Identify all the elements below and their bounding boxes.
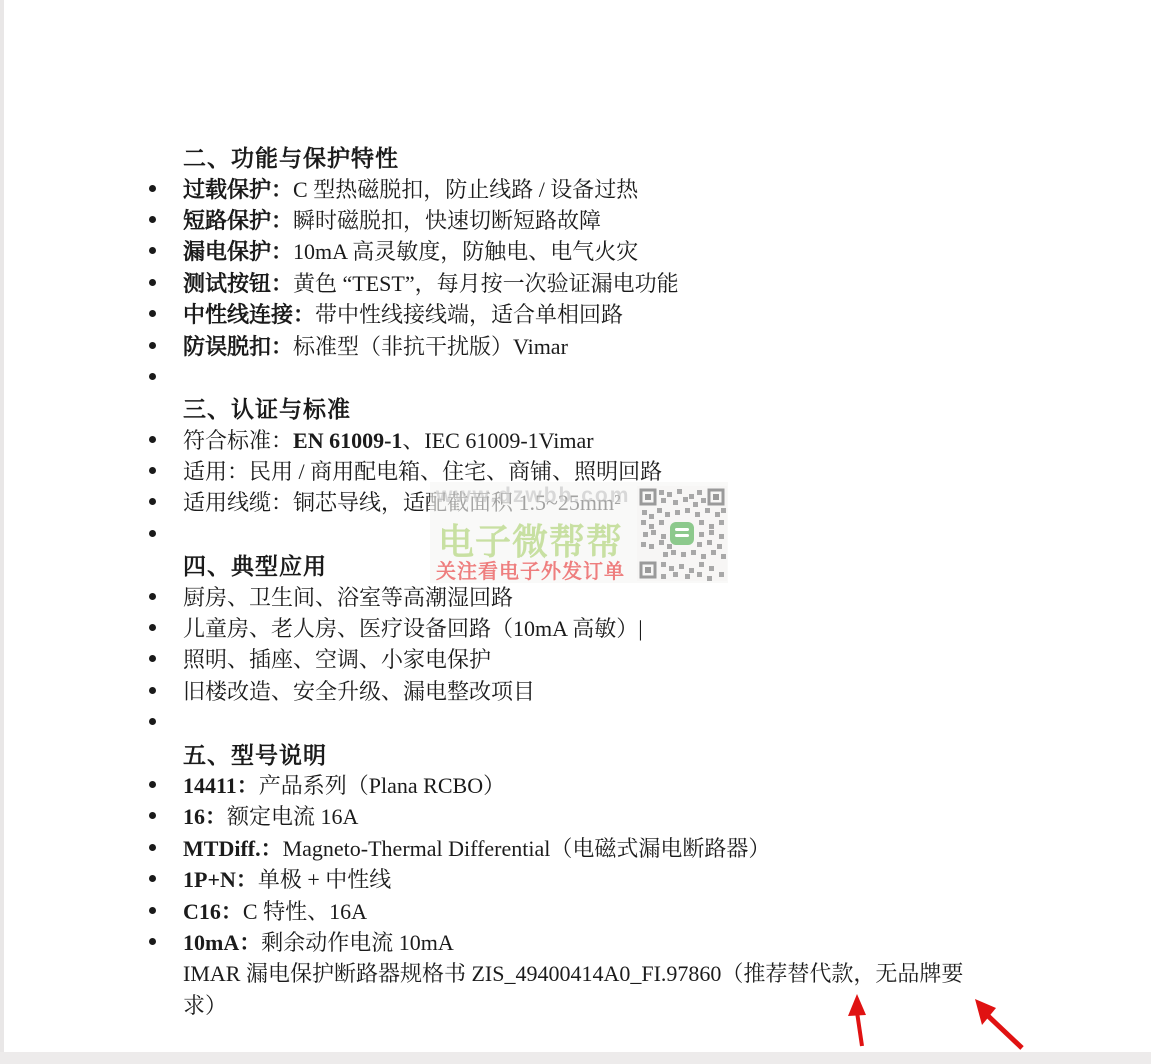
- item-text: 短路保护：瞬时磁脱扣，快速切断短路故障: [183, 204, 601, 235]
- bullet-item: 旧楼改造、安全升级、漏电整改项目: [148, 675, 1108, 706]
- bullet-item: 1P+N：单极 + 中性线: [148, 863, 1108, 894]
- item-text: MTDiff.：Magneto-Thermal Differential（电磁式…: [183, 832, 770, 863]
- item-text: 14411：产品系列（Plana RCBO）: [183, 769, 505, 800]
- item-text: C16：C 特性、16A: [183, 895, 367, 926]
- bullet-item: 过载保护：C 型热磁脱扣，防止线路 / 设备过热: [148, 172, 1108, 203]
- bullet-dot: [149, 342, 156, 349]
- bullet-item: [148, 706, 1108, 737]
- bullet-dot: [149, 185, 156, 192]
- bullet-dot: [149, 498, 156, 505]
- annotation-arrows: [820, 985, 1060, 1060]
- bullet-dot: [149, 624, 156, 631]
- bullet-dot: [149, 530, 156, 537]
- item-text: 防误脱扣：标准型（非抗干扰版）Vimar: [183, 330, 568, 361]
- bullet-item: 10mA：剩余动作电流 10mA: [148, 926, 1108, 957]
- item-text: 符合标准：EN 61009-1、IEC 61009-1Vimar: [183, 424, 594, 455]
- bullet-dot: [149, 216, 156, 223]
- bullet-item: 符合标准：EN 61009-1、IEC 61009-1Vimar: [148, 424, 1108, 455]
- bullet-item: 中性线连接：带中性线接线端，适合单相回路: [148, 298, 1108, 329]
- watermark-tagline-text: 关注看电子外发订单: [436, 555, 625, 584]
- bullet-dot: [149, 310, 156, 317]
- watermark-url-text: www.dzwbb.com: [436, 484, 630, 508]
- bullet-dot: [149, 781, 156, 788]
- bullet-dot: [149, 373, 156, 380]
- bullet-item: 短路保护：瞬时磁脱扣，快速切断短路故障: [148, 204, 1108, 235]
- bullet-dot: [149, 687, 156, 694]
- bullet-dot: [149, 467, 156, 474]
- item-text: 16：额定电流 16A: [183, 800, 358, 831]
- item-text: 10mA：剩余动作电流 10mA: [183, 926, 454, 957]
- item-text: 旧楼改造、安全升级、漏电整改项目: [183, 675, 535, 706]
- bullet-item: [148, 361, 1108, 392]
- bullet-dot: [149, 593, 156, 600]
- bullet-dot: [149, 718, 156, 725]
- bullet-dot: [149, 247, 156, 254]
- bullet-item: MTDiff.：Magneto-Thermal Differential（电磁式…: [148, 832, 1108, 863]
- item-text: 1P+N：单极 + 中性线: [183, 863, 391, 894]
- bullet-item: 测试按钮：黄色 “TEST”，每月按一次验证漏电功能: [148, 267, 1108, 298]
- bullet-dot: [149, 938, 156, 945]
- bullet-item: 儿童房、老人房、医疗设备回路（10mA 高敏）|: [148, 612, 1108, 643]
- bullet-dot: [149, 844, 156, 851]
- bullet-dot: [149, 812, 156, 819]
- bullet-item: 漏电保护：10mA 高灵敏度，防触电、电气火灾: [148, 235, 1108, 266]
- bullet-dot: [149, 907, 156, 914]
- bullet-item: 14411：产品系列（Plana RCBO）: [148, 769, 1108, 800]
- watermark-overlay: www.dzwbb.com 电子微帮帮 关注看电子外发订单: [430, 482, 728, 583]
- item-text: 厨房、卫生间、浴室等高潮湿回路: [183, 581, 513, 612]
- item-text: 儿童房、老人房、医疗设备回路（10mA 高敏）|: [183, 612, 643, 643]
- item-text: 照明、插座、空调、小家电保护: [183, 643, 491, 674]
- section-heading: 五、型号说明: [148, 737, 1108, 768]
- page-edge-left: [0, 0, 4, 1064]
- item-text: 漏电保护：10mA 高灵敏度，防触电、电气火灾: [183, 235, 638, 266]
- bullet-item: C16：C 特性、16A: [148, 894, 1108, 925]
- bullet-item: 16：额定电流 16A: [148, 800, 1108, 831]
- bullet-dot: [149, 655, 156, 662]
- bullet-item: 厨房、卫生间、浴室等高潮湿回路: [148, 580, 1108, 611]
- bullet-item: 照明、插座、空调、小家电保护: [148, 643, 1108, 674]
- item-text: 中性线连接：带中性线接线端，适合单相回路: [183, 298, 623, 329]
- footer-line: IMAR 漏电保护断路器规格书 ZIS_49400414A0_FI.97860（…: [148, 957, 1108, 988]
- item-text: 过载保护：C 型热磁脱扣，防止线路 / 设备过热: [183, 173, 638, 204]
- item-text: 测试按钮：黄色 “TEST”，每月按一次验证漏电功能: [183, 267, 679, 298]
- qr-code-icon: [637, 486, 727, 581]
- red-arrow-up-left-icon: [975, 999, 1022, 1048]
- bullet-item: 防误脱扣：标准型（非抗干扰版）Vimar: [148, 329, 1108, 360]
- red-arrow-up-icon: [848, 994, 866, 1046]
- section-heading: 二、功能与保护特性: [148, 141, 1108, 172]
- bullet-dot: [149, 279, 156, 286]
- section-heading: 三、认证与标准: [148, 392, 1108, 423]
- bullet-dot: [149, 436, 156, 443]
- bullet-dot: [149, 875, 156, 882]
